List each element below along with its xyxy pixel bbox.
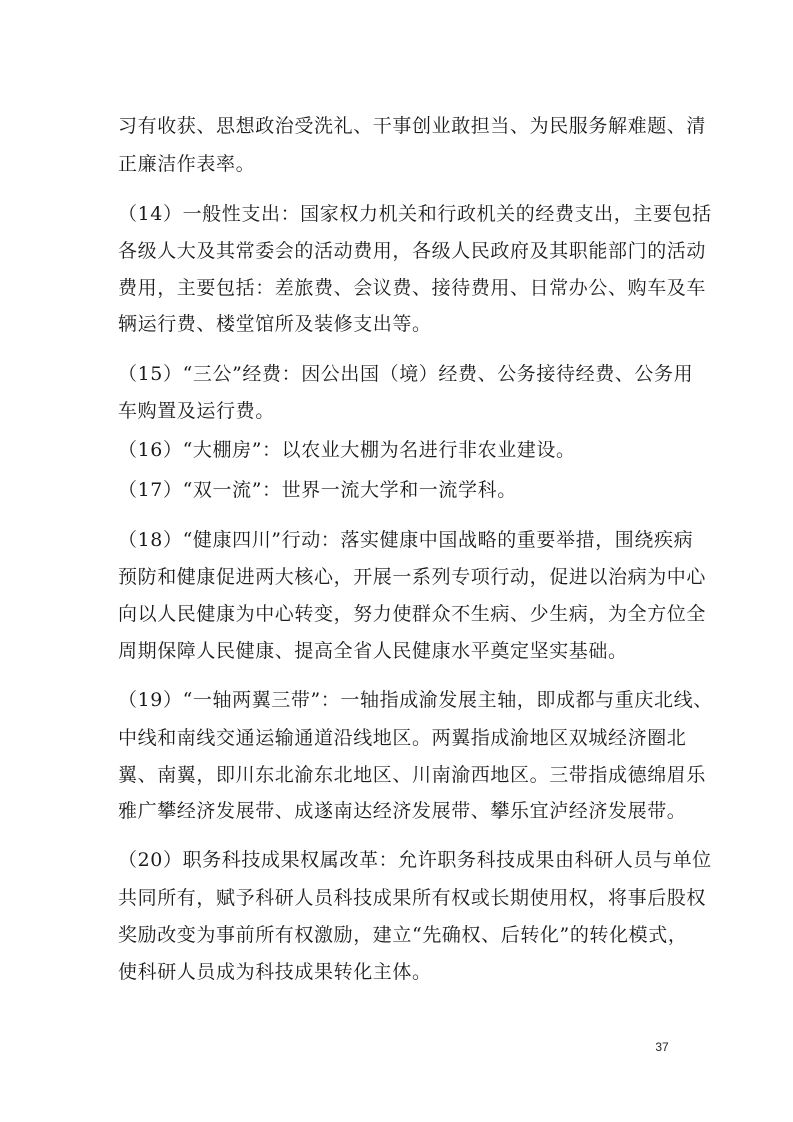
text-line: （17）“双一流”：世界一流大学和一流学科。: [118, 477, 684, 503]
text-line: 共同所有，赋予科研人员科技成果所有权或长期使用权，将事后股权: [118, 885, 684, 911]
text-line: （15）“三公”经费：因公出国（境）经费、公务接待经费、公务用: [118, 361, 684, 387]
document-page: 习有收获、思想政治受洗礼、干事创业敢担当、为民服务解难题、清 正廉洁作表率。 （…: [0, 0, 793, 1122]
text-line: （20）职务科技成果权属改革：允许职务科技成果由科研人员与单位: [118, 847, 684, 873]
text-line: 费用，主要包括：差旅费、会议费、接待费用、日常办公、购车及车: [118, 275, 684, 301]
text-line: 雅广攀经济发展带、成遂南达经济发展带、攀乐宜泸经济发展带。: [118, 798, 684, 824]
text-line: 向以人民健康为中心转变，努力使群众不生病、少生病，为全方位全: [118, 601, 684, 627]
text-line: 翼、南翼，即川东北渝东北地区、川南渝西地区。三带指成德绵眉乐: [118, 762, 684, 788]
text-line: （19）“一轴两翼三带”：一轴指成渝发展主轴，即成都与重庆北线、: [118, 687, 684, 713]
text-line: （14）一般性支出：国家权力机关和行政机关的经费支出，主要包括: [118, 201, 684, 227]
text-line: 周期保障人民健康、提高全省人民健康水平奠定坚实基础。: [118, 638, 684, 664]
text-line: 各级人大及其常委会的活动费用，各级人民政府及其职能部门的活动: [118, 238, 684, 264]
text-line: 中线和南线交通运输通道沿线地区。两翼指成渝地区双城经济圈北: [118, 725, 684, 751]
text-line: 奖励改变为事前所有权激励，建立“先确权、后转化”的转化模式，: [118, 922, 684, 948]
text-line: （16）“大棚房”：以农业大棚为名进行非农业建设。: [118, 437, 684, 463]
text-line: 预防和健康促进两大核心，开展一系列专项行动，促进以治病为中心: [118, 564, 684, 590]
text-line: （18）“健康四川”行动：落实健康中国战略的重要举措，围绕疾病: [118, 527, 684, 553]
text-line: 正廉洁作表率。: [118, 151, 684, 177]
page-number: 37: [650, 1040, 674, 1054]
text-line: 习有收获、思想政治受洗礼、干事创业敢担当、为民服务解难题、清: [118, 113, 684, 139]
text-line: 使科研人员成为科技成果转化主体。: [118, 959, 684, 985]
text-line: 辆运行费、楼堂馆所及装修支出等。: [118, 311, 684, 337]
text-line: 车购置及运行费。: [118, 398, 684, 424]
